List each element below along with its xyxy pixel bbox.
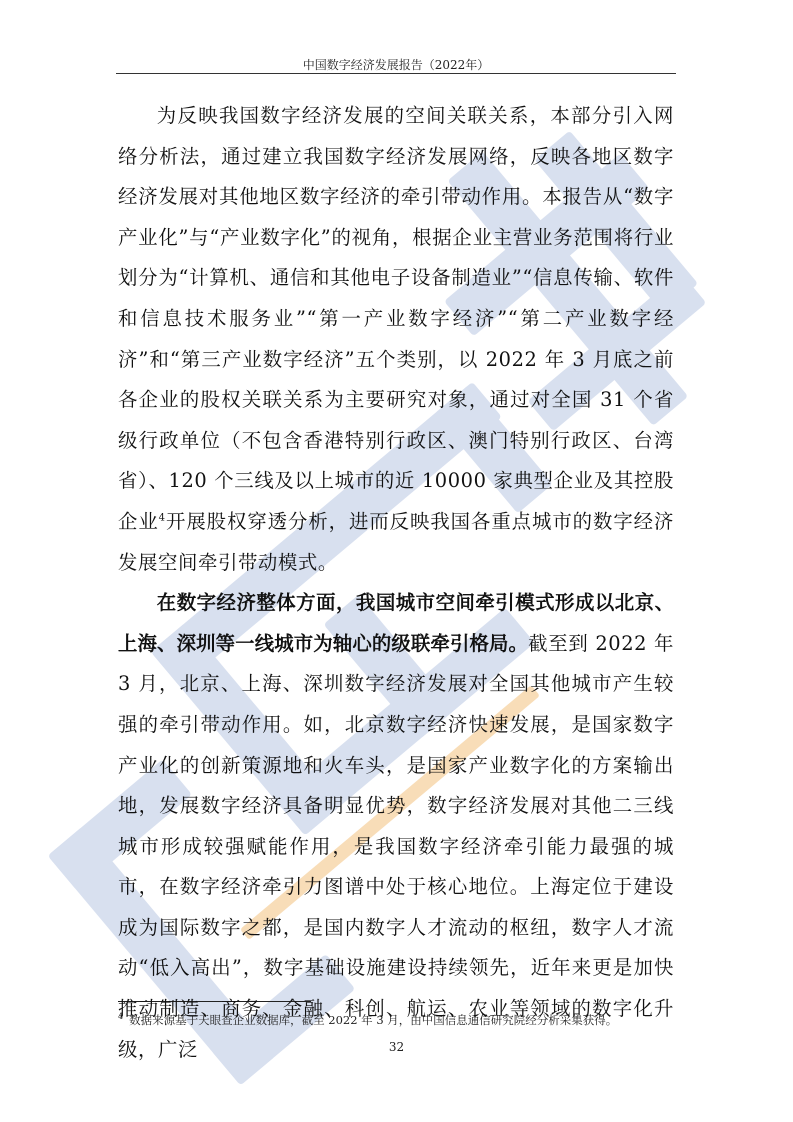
paragraph-overall-pattern: 在数字经济整体方面，我国城市空间牵引模式形成以北京、上海、深圳等一线城市为轴心的… <box>118 583 674 1070</box>
document-page: 中国数字经济发展报告（2022年） 为反 <box>0 0 793 1122</box>
paragraph-text: 开展股权穿透分析，进而反映我国各重点城市的数字经济发展空间牵引带动模式。 <box>118 510 674 574</box>
running-header: 中国数字经济发展报告（2022年） <box>116 56 676 73</box>
header-rule <box>116 73 676 74</box>
body-text: 为反映我国数字经济发展的空间关联关系，本部分引入网络分析法，通过建立我国数字经济… <box>118 96 674 1070</box>
footnote-reference[interactable]: 4 <box>159 512 166 523</box>
paragraph-network-analysis: 为反映我国数字经济发展的空间关联关系，本部分引入网络分析法，通过建立我国数字经济… <box>118 96 674 583</box>
paragraph-text: 截至到 2022 年 3 月，北京、上海、深圳数字经济发展对全国其他城市产生较强… <box>118 632 674 1061</box>
paragraph-text: 为反映我国数字经济发展的空间关联关系，本部分引入网络分析法，通过建立我国数字经济… <box>118 104 674 533</box>
